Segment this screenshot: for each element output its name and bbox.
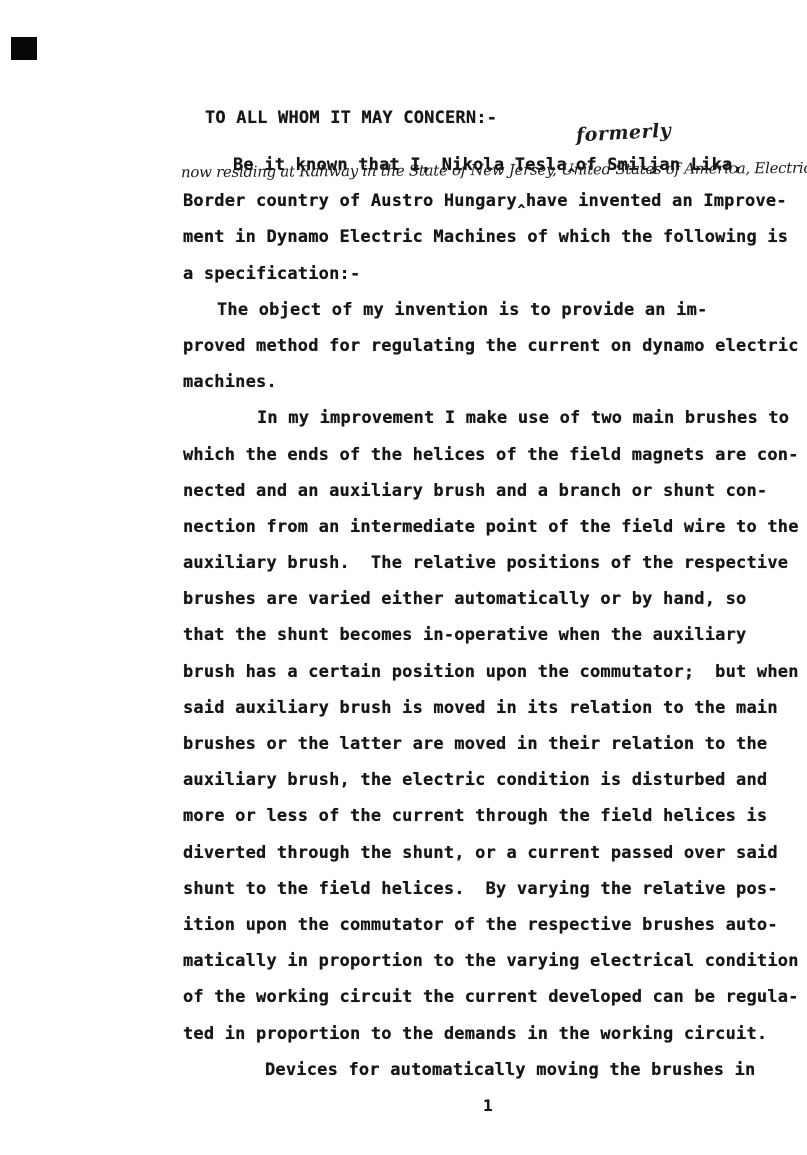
typed-text: ition upon the commutator of the respect… (183, 915, 778, 935)
typed-line: The object of my invention is to provide… (183, 292, 807, 328)
typed-line: diverted through the shunt, or a current… (183, 835, 807, 871)
typed-line: more or less of the current through the … (183, 798, 807, 834)
typed-content: TO ALL WHOM IT MAY CONCERN:- Be it known… (183, 100, 807, 1088)
page-number: 1 (483, 1096, 493, 1115)
typed-text: auxiliary brush, the electric condition … (183, 770, 767, 790)
typed-text: brush has a certain position upon the co… (183, 662, 799, 682)
typed-line: brush has a certain position upon the co… (183, 654, 807, 690)
typed-text: machines. (183, 372, 277, 392)
typed-text: more or less of the current through the … (183, 806, 767, 826)
typed-text: Border country of Austro Hungary (183, 191, 517, 211)
typed-text: of the working circuit the current devel… (183, 987, 799, 1007)
typed-text: shunt to the field helices. By varying t… (183, 879, 778, 899)
typed-line: said auxiliary brush is moved in its rel… (183, 690, 807, 726)
typed-line: brushes or the latter are moved in their… (183, 726, 807, 762)
typed-text: said auxiliary brush is moved in its rel… (183, 698, 778, 718)
salutation-line: TO ALL WHOM IT MAY CONCERN:- (183, 100, 807, 136)
insertion-caret-icon: ^ (517, 193, 526, 229)
typed-text: a specification:- (183, 264, 360, 284)
typed-line: that the shunt becomes in-operative when… (183, 617, 807, 653)
typed-line: In my improvement I make use of two main… (183, 400, 807, 436)
typed-text: brushes or the latter are moved in their… (183, 734, 767, 754)
typed-line: machines. (183, 364, 807, 400)
typed-line: auxiliary brush. The relative positions … (183, 545, 807, 581)
document-page: TO ALL WHOM IT MAY CONCERN:- Be it known… (0, 0, 807, 1155)
typed-line: nected and an auxiliary brush and a bran… (183, 473, 807, 509)
typed-text: nection from an intermediate point of th… (183, 517, 799, 537)
typed-line: ted in proportion to the demands in the … (183, 1016, 807, 1052)
typed-text: matically in proportion to the varying e… (183, 951, 799, 971)
typed-line: of the working circuit the current devel… (183, 979, 807, 1015)
typed-line: auxiliary brush, the electric condition … (183, 762, 807, 798)
typed-line: Devices for automatically moving the bru… (183, 1052, 807, 1088)
typed-line: Border country of Austro Hungary^have in… (183, 183, 807, 219)
typed-text: Devices for automatically moving the bru… (265, 1060, 755, 1080)
typed-text: proved method for regulating the current… (183, 336, 799, 356)
typed-text: which the ends of the helices of the fie… (183, 445, 799, 465)
typed-line: ment in Dynamo Electric Machines of whic… (183, 219, 807, 255)
typed-line: shunt to the field helices. By varying t… (183, 871, 807, 907)
typed-text: nected and an auxiliary brush and a bran… (183, 481, 767, 501)
typed-line: brushes are varied either automatically … (183, 581, 807, 617)
typed-text: ment in Dynamo Electric Machines of whic… (183, 227, 788, 247)
typed-text: that the shunt becomes in-operative when… (183, 625, 746, 645)
typed-text: auxiliary brush. The relative positions … (183, 553, 788, 573)
typed-line: matically in proportion to the varying e… (183, 943, 807, 979)
typed-text: diverted through the shunt, or a current… (183, 843, 778, 863)
typed-line: ition upon the commutator of the respect… (183, 907, 807, 943)
typed-line: nection from an intermediate point of th… (183, 509, 807, 545)
typed-line: a specification:- (183, 256, 807, 292)
typed-text: In my improvement I make use of two main… (257, 408, 789, 428)
typed-text: ted in proportion to the demands in the … (183, 1024, 767, 1044)
typed-line: which the ends of the helices of the fie… (183, 437, 807, 473)
typed-text: have invented an Improve- (526, 191, 787, 211)
typed-text: brushes are varied either automatically … (183, 589, 746, 609)
typed-line: proved method for regulating the current… (183, 328, 807, 364)
typed-text: The object of my invention is to provide… (217, 300, 707, 320)
scan-artifact (11, 37, 37, 60)
typed-lines: Be it known that I, Nikola Tesla^of Smil… (183, 147, 807, 1088)
